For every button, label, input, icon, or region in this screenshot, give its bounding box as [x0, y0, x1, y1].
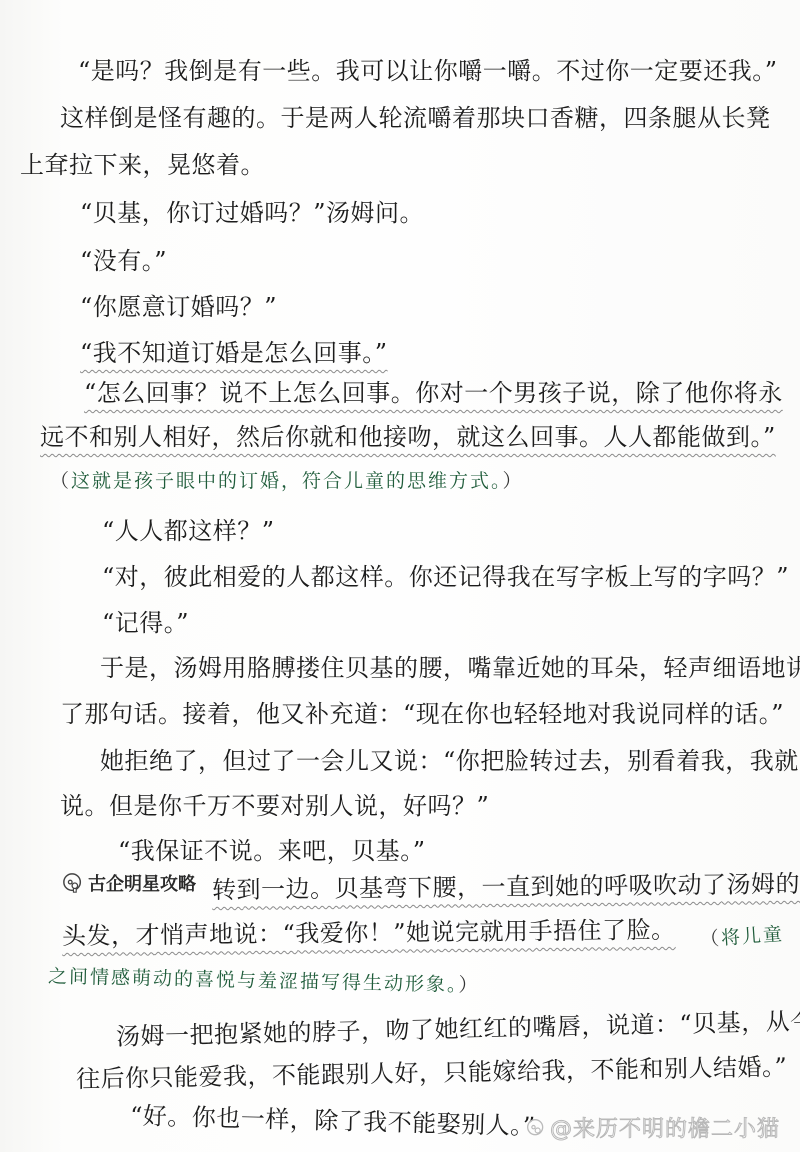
annotation-text: 这就是孩子眼中的订婚，符合儿童的思维方式。 [71, 470, 503, 492]
margin-annotation: （将儿童 [699, 921, 785, 953]
annotation-text: 之间情感萌动的喜悦与羞涩描写得生动形象。 [48, 965, 459, 996]
underlined-text-line: “怎么回事？说不上怎么回事。你对一个男孩子说，除了他你将永 [84, 378, 783, 408]
watermark: @来历不明的檐二小猫 [526, 1112, 780, 1143]
text-line: 于是，汤姆用胳膊搂住贝基的腰，嘴靠近她的耳朵，轻声细语地讲 [100, 653, 800, 683]
text-line: “对，彼此相爱的人都这样。你还记得我在写字板上写的字吗？” [102, 562, 789, 592]
margin-annotation: （这就是孩子眼中的订婚，符合儿童的思维方式。） [50, 468, 524, 494]
text-line: “我保证不说。来吧，贝基。” [118, 836, 426, 866]
margin-annotation: 之间情感萌动的喜悦与羞涩描写得生动形象。） [48, 963, 480, 998]
text-line: 她拒绝了，但过了一会儿又说：“你把脸转过去，别看着我，我就 [100, 746, 799, 776]
annotation-open-paren: （ [699, 927, 721, 950]
annotation-text: 将儿童 [720, 923, 784, 949]
overlay-logo: 古企明星攻略 [62, 870, 196, 896]
circle-badge-icon [62, 872, 84, 894]
text-line: 这样倒是怪有趣的。于是两人轮流嚼着那块口香糖，四条腿从长凳 [60, 103, 771, 133]
underlined-text-line: 头发，才悄声地说：“我爱你！”她说完就用手捂住了脸。 [62, 915, 676, 951]
text-line: “没有。” [80, 246, 167, 276]
text-line: “是吗？我倒是有一些。我可以让你嚼一嚼。不过你一定要还我。” [78, 56, 778, 86]
annotation-open-paren: （ [50, 470, 71, 492]
text-line: 汤姆一把抱紧她的脖子，吻了她红红的嘴唇，说道：“贝基，从今 [116, 1006, 800, 1052]
text-line: 上耷拉下来，晃悠着。 [20, 150, 265, 180]
text-line: “贝基，你订过婚吗？”汤姆问。 [80, 198, 424, 228]
text-line: “记得。” [102, 608, 189, 638]
text-line: “你愿意订婚吗？” [80, 292, 277, 322]
text-line: “好。你也一样，除了我不能娶别人。” [130, 1101, 536, 1142]
underlined-text-line: 转到一边。贝基弯下腰，一直到她的呼吸吹动了汤姆的 [212, 869, 800, 905]
text-line: “人人都这样？” [102, 516, 275, 546]
scanned-book-page: “是吗？我倒是有一些。我可以让你嚼一嚼。不过你一定要还我。” 这样倒是怪有趣的。… [0, 0, 800, 1152]
watermark-text: @来历不明的檐二小猫 [550, 1112, 780, 1143]
overlay-logo-text: 古企明星攻略 [88, 870, 196, 896]
text-line: 了那句话。接着，他又补充道：“现在你也轻轻地对我说同样的话。” [60, 699, 784, 729]
annotation-close-paren: ） [458, 974, 479, 996]
underlined-text-line: “我不知道订婚是怎么回事。” [80, 338, 388, 368]
annotation-close-paren: ） [503, 470, 524, 492]
text-line: 往后你只能爱我，不能跟别人好，只能嫁给我，不能和别人结婚。” [76, 1052, 788, 1094]
underlined-text-line: 远不和别人相好，然后你就和他接吻，就这么回事。人人都能做到。” [40, 422, 776, 452]
text-line: 说。但是你千万不要对别人说，好吗？” [60, 791, 489, 821]
circle-badge-icon [526, 1118, 546, 1138]
